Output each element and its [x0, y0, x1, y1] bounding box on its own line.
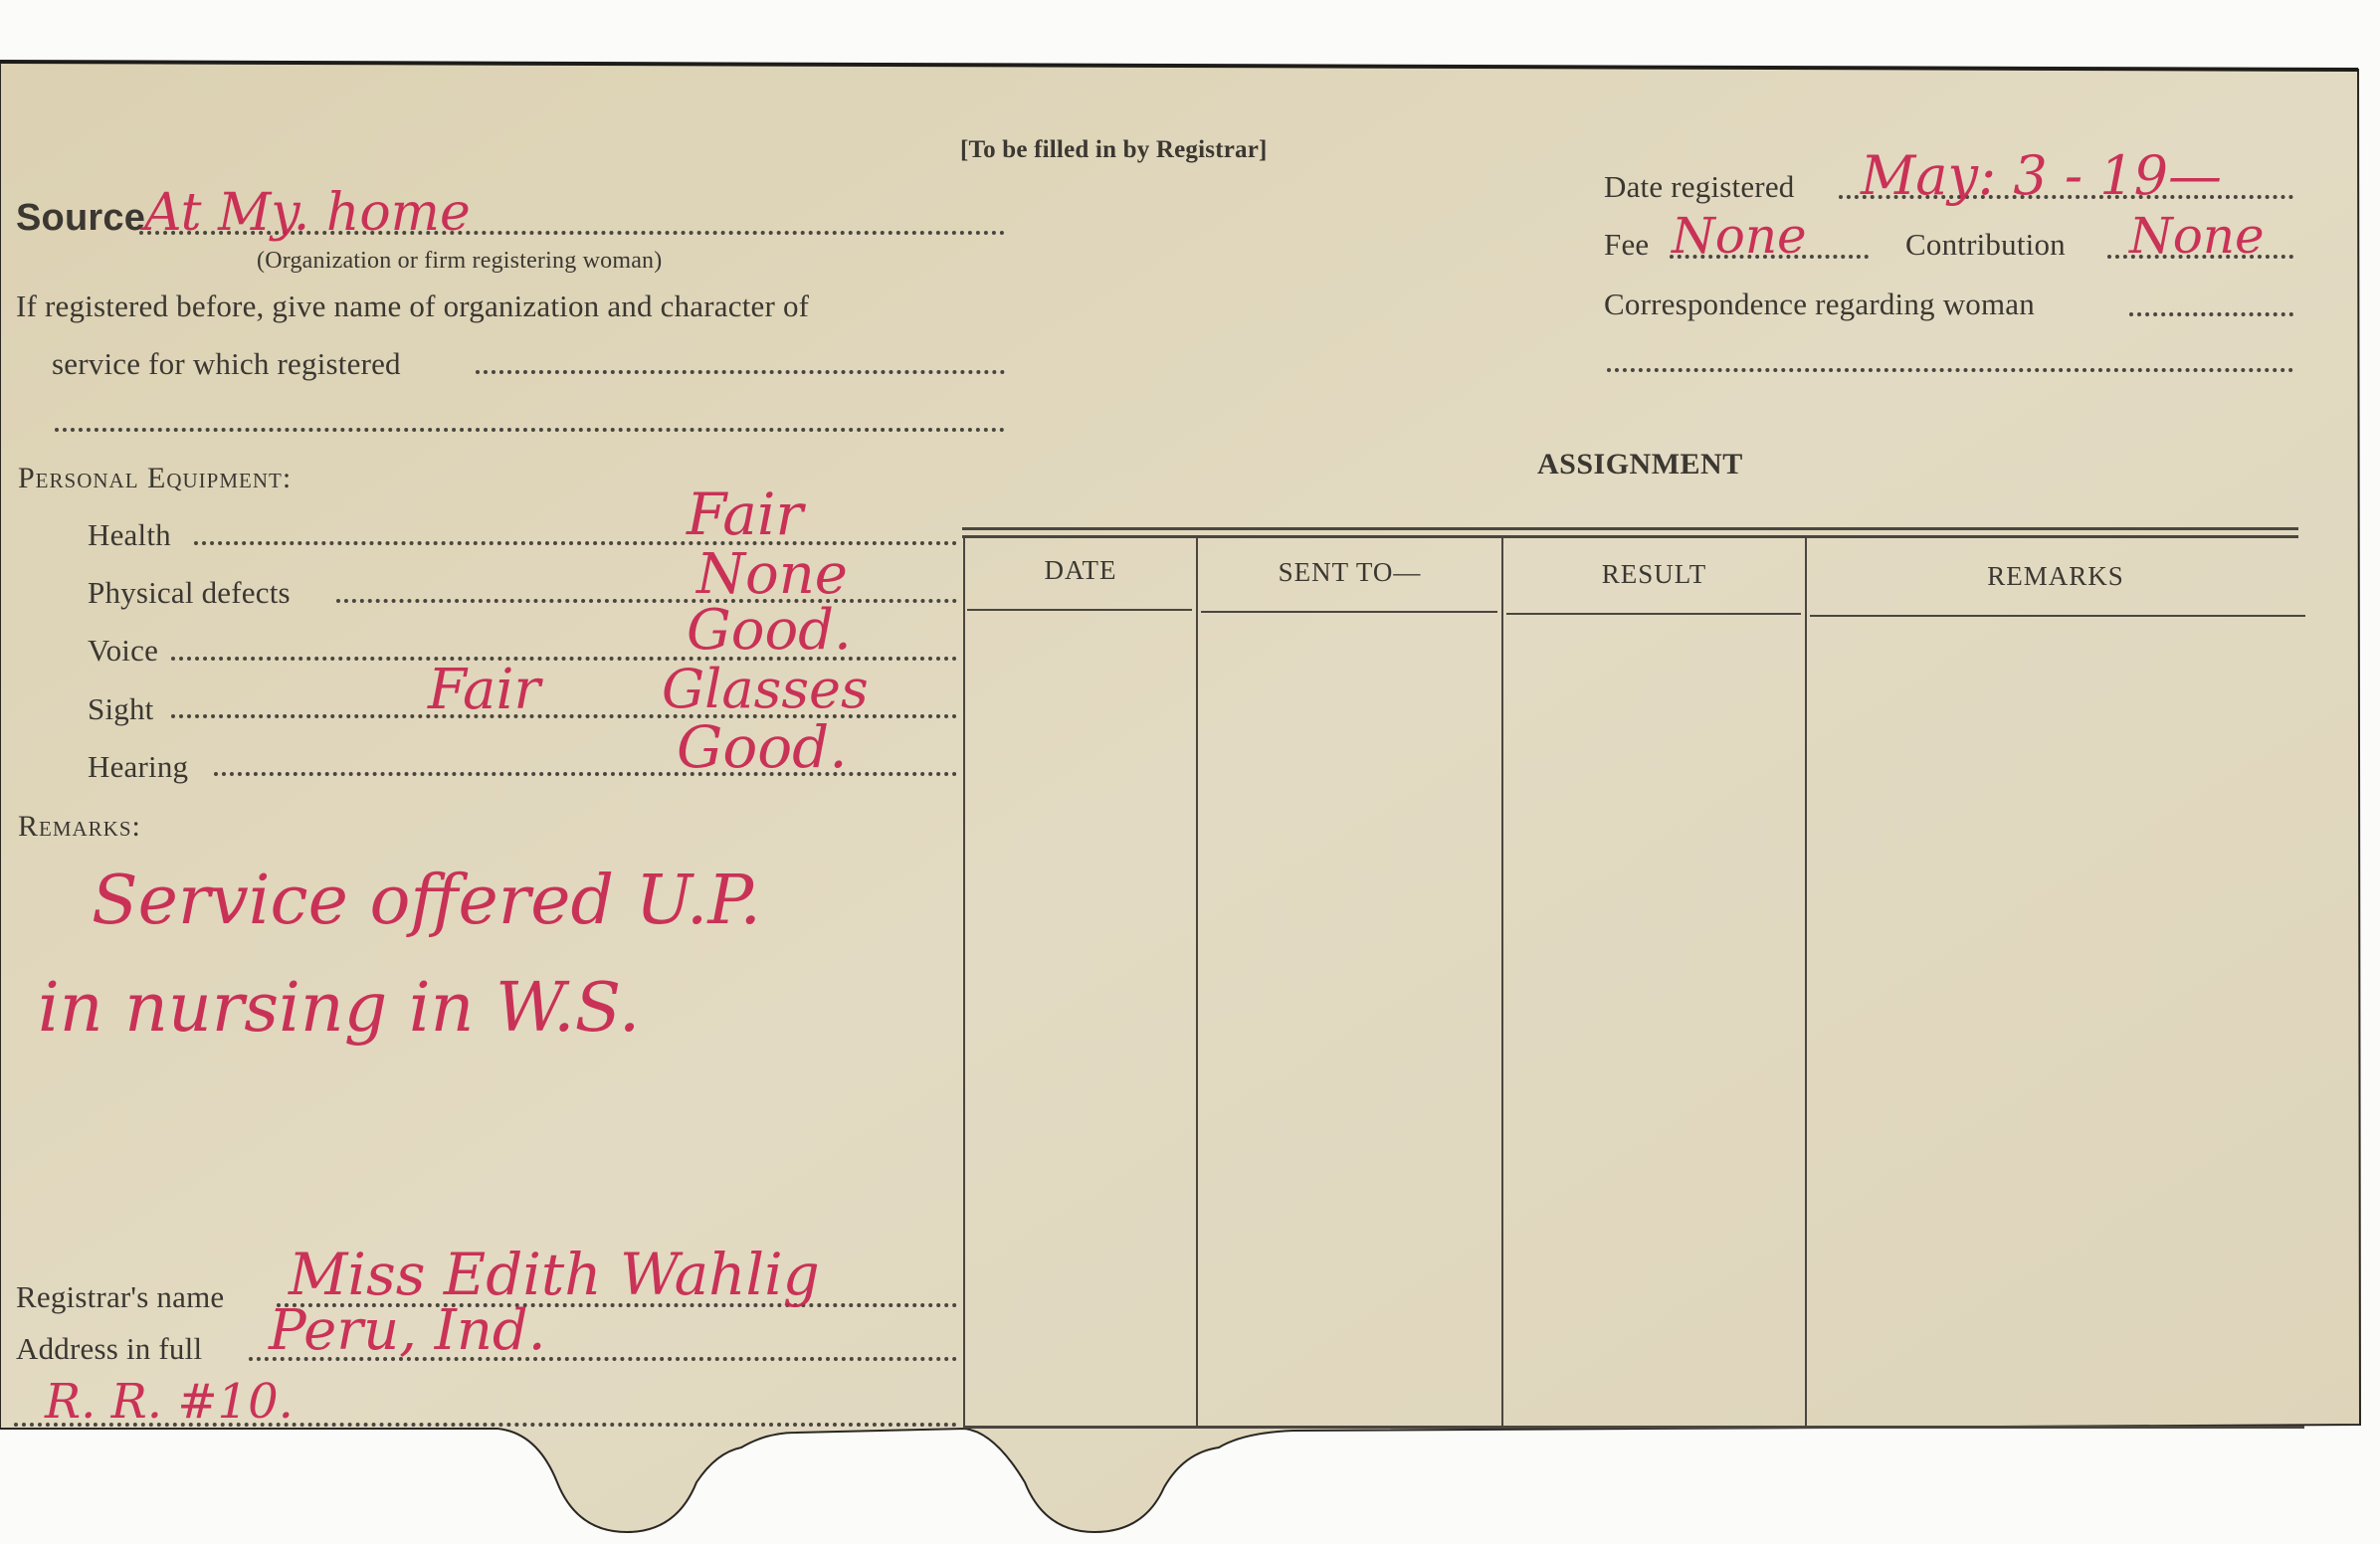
physical-defects-value[interactable]: None — [696, 547, 848, 603]
personal-equipment-heading: Personal Equipment: — [18, 464, 292, 493]
address-line-2-value[interactable]: R. R. #10. — [45, 1378, 294, 1426]
health-label: Health — [88, 519, 171, 550]
fee-value[interactable]: None — [1672, 211, 1807, 261]
correspondence-line[interactable] — [2129, 312, 2293, 316]
physical-defects-line — [336, 599, 957, 603]
service-registered-line[interactable] — [476, 370, 1005, 374]
registrar-name-value[interactable]: Miss Edith Wahlig — [289, 1246, 820, 1303]
col-header-date: DATE — [965, 555, 1196, 586]
col-result-cells[interactable] — [1503, 617, 1805, 1425]
voice-value[interactable]: Good. — [687, 603, 852, 659]
source-caption: (Organization or firm registering woman) — [257, 249, 662, 273]
col-header-sent-to: SENT TO— — [1198, 557, 1501, 588]
table-bottom-rule — [963, 1426, 2304, 1429]
health-value[interactable]: Fair — [687, 485, 803, 543]
date-registered-label: Date registered — [1604, 171, 1794, 202]
voice-label: Voice — [88, 635, 158, 666]
header-underline-result — [1506, 613, 1801, 615]
source-value[interactable]: At My. home — [144, 187, 471, 239]
col-date-cells[interactable] — [965, 617, 1196, 1425]
date-registered-value[interactable]: May: 3 - 19— — [1861, 149, 2222, 203]
contribution-value[interactable]: None — [2129, 211, 2265, 261]
registration-card: [To be filled in by Registrar] Source At… — [0, 0, 2380, 1544]
contribution-label: Contribution — [1905, 229, 2066, 260]
header-underline-sent — [1201, 611, 1497, 613]
col-remarks-cells[interactable] — [1807, 617, 2304, 1425]
registrar-name-label: Registrar's name — [16, 1281, 224, 1312]
remarks-line-1[interactable]: Service offered U.P. — [92, 868, 761, 935]
sight-note[interactable]: Fair — [428, 663, 540, 718]
table-top-rule — [962, 527, 2298, 530]
fee-label: Fee — [1604, 229, 1649, 260]
hearing-value[interactable]: Good. — [677, 718, 848, 776]
sight-value[interactable]: Glasses — [662, 663, 869, 716]
registrar-note: [To be filled in by Registrar] — [960, 137, 1268, 162]
assignment-title: ASSIGNMENT — [1537, 450, 1743, 480]
table-top-rule-2 — [962, 535, 2298, 538]
col-header-remarks: REMARKS — [1807, 561, 2304, 592]
correspondence-label: Correspondence regarding woman — [1604, 289, 2035, 319]
remarks-heading: Remarks: — [18, 812, 141, 842]
col-sent-to-cells[interactable] — [1198, 617, 1501, 1425]
registered-before-line-2[interactable] — [55, 428, 1005, 432]
correspondence-line-2[interactable] — [1607, 368, 2293, 372]
registered-before-label: If registered before, give name of organ… — [16, 290, 809, 321]
service-registered-label: service for which registered — [52, 348, 401, 379]
header-underline-date — [967, 609, 1192, 611]
hearing-label: Hearing — [88, 751, 188, 782]
source-label: Source — [16, 199, 145, 237]
col-header-result: RESULT — [1503, 559, 1805, 590]
physical-defects-label: Physical defects — [88, 577, 291, 608]
address-value[interactable]: Peru, Ind. — [269, 1303, 546, 1359]
sight-label: Sight — [88, 693, 153, 724]
remarks-line-2[interactable]: in nursing in W.S. — [38, 975, 640, 1043]
address-label: Address in full — [16, 1333, 202, 1364]
